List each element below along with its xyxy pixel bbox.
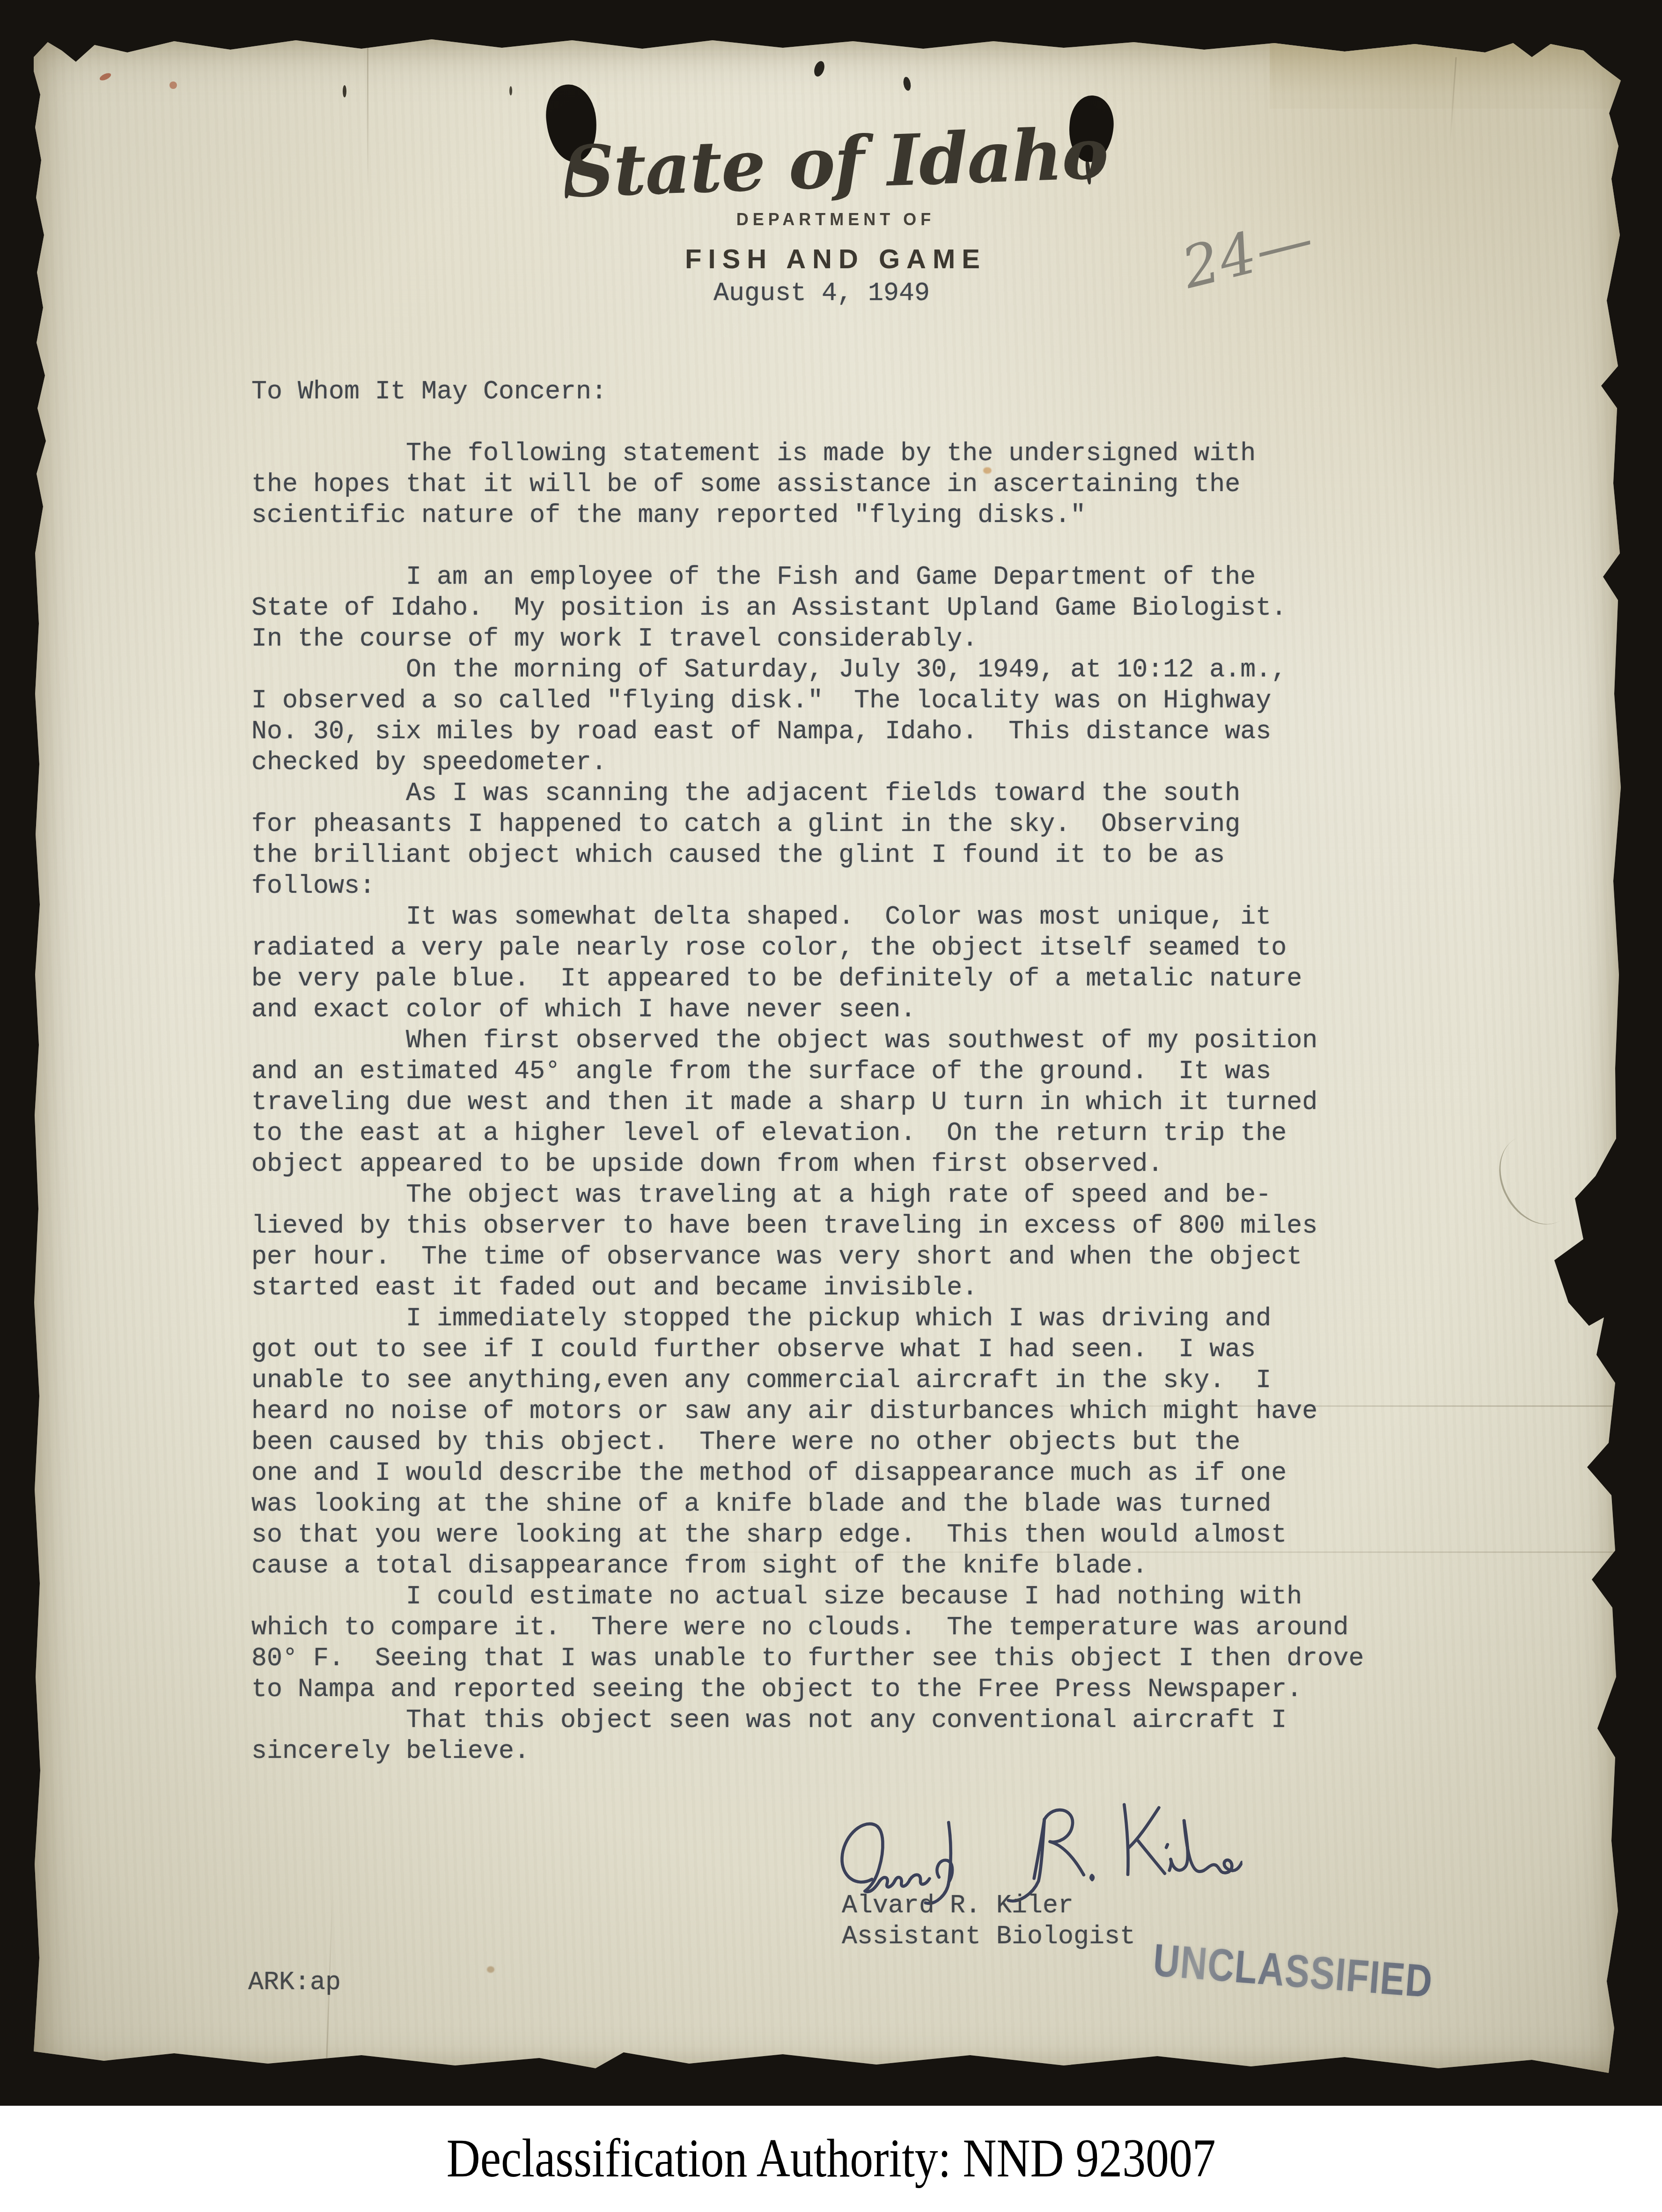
- paper-speck: [903, 76, 912, 91]
- red-pencil-speck: [169, 81, 177, 89]
- scanned-letter-page: State of Idaho DEPARTMENT OF FISH AND GA…: [0, 0, 1662, 2212]
- paper-crease: [1484, 1122, 1592, 1238]
- paper-speck: [509, 86, 512, 96]
- declassification-caption: Declassification Authority: NND 923007: [446, 2128, 1215, 2190]
- pencil-page-number: 24—: [1176, 205, 1320, 301]
- paper-crease: [367, 38, 368, 193]
- paper-aged-edge: [1270, 38, 1621, 109]
- declassification-caption-strip: Declassification Authority: NND 923007: [0, 2106, 1662, 2212]
- letter-paragraph: I could estimate no actual size because …: [251, 1581, 1364, 1705]
- letter-paragraph: I am an employee of the Fish and Game De…: [251, 562, 1364, 654]
- red-pencil-speck: [99, 72, 112, 82]
- letter-body: The following statement is made by the u…: [251, 438, 1364, 1767]
- paper-speck: [343, 85, 346, 97]
- letter-paragraph: When first observed the object was south…: [251, 1025, 1364, 1180]
- typist-initials: ARK:ap: [248, 1967, 341, 1998]
- letterhead-department-line: DEPARTMENT OF: [736, 210, 935, 229]
- paper-stain: [487, 1966, 494, 1973]
- paper-speck: [812, 60, 826, 78]
- letter-paragraph: It was somewhat delta shaped. Color was …: [251, 902, 1364, 1025]
- paper-crease: [1449, 57, 1456, 146]
- typed-signature-name: Alvard R. Kiler: [842, 1890, 1074, 1921]
- letter-paragraph: That this object seen was not any conven…: [251, 1705, 1364, 1767]
- letter-paragraph: As I was scanning the adjacent fields to…: [251, 778, 1364, 902]
- unclassified-stamp: UNCLASSIFIED: [1151, 1933, 1435, 2008]
- salutation: To Whom It May Concern:: [251, 376, 607, 407]
- letter-paper: State of Idaho DEPARTMENT OF FISH AND GA…: [34, 38, 1621, 2073]
- letter-paragraph: The object was traveling at a high rate …: [251, 1180, 1364, 1303]
- letter-paragraph: I immediately stopped the pickup which I…: [251, 1303, 1364, 1581]
- letterhead-state-title: State of Idaho: [562, 112, 1109, 213]
- letter-date: August 4, 1949: [713, 278, 930, 309]
- letter-paragraph: The following statement is made by the u…: [251, 438, 1364, 531]
- letterhead-agency-line: FISH AND GAME: [685, 243, 986, 275]
- letter-paragraph: On the morning of Saturday, July 30, 194…: [251, 654, 1364, 778]
- typed-signature-title: Assistant Biologist: [842, 1921, 1135, 1952]
- signature-name-text: Alvard R. Kiler: [34, 38, 34, 39]
